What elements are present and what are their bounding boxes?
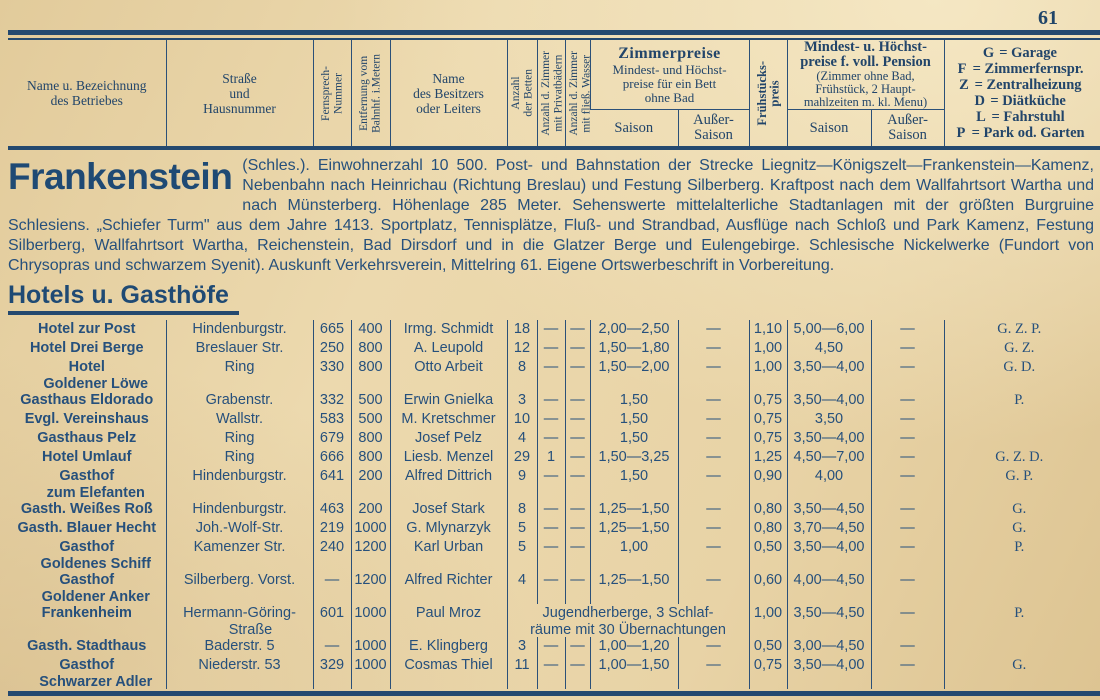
cell-name: Gasth. Weißes Roß [8, 500, 166, 519]
cell-water: — [565, 500, 590, 519]
cell-pension_s: 3,00—4,50 [787, 637, 871, 656]
cell-codes [944, 637, 1094, 656]
legend-item: Z = Zentralheizung [947, 77, 1093, 93]
cell-name: Gasthaus Pelz [8, 429, 166, 448]
cell-pension_o: — [871, 571, 944, 604]
col-header-room-saison: Saison [590, 110, 678, 147]
cell-codes [944, 429, 1094, 448]
cell-street: Wallstr. [166, 410, 313, 429]
cell-water: — [565, 519, 590, 538]
cell-dist: 1000 [351, 519, 390, 538]
cell-street: Hermann-Göring-Straße [166, 604, 313, 637]
cell-room_s: 1,50 [590, 410, 678, 429]
cell-codes [944, 410, 1094, 429]
cell-breakfast: 1,00 [749, 339, 787, 358]
cell-codes [944, 571, 1094, 604]
cell-owner: Paul Mroz [390, 604, 507, 637]
cell-name: HotelGoldener Löwe [8, 358, 166, 391]
cell-breakfast: 0,60 [749, 571, 787, 604]
cell-pension_s: 4,50—7,00 [787, 448, 871, 467]
cell-beds: 18 [507, 320, 537, 339]
cell-room_s: 1,50—1,80 [590, 339, 678, 358]
col-header-phone: Fernsprech- Nummer [313, 40, 351, 146]
cell-name: Frankenheim [8, 604, 166, 637]
cell-owner: Josef Stark [390, 500, 507, 519]
cell-tel: 679 [313, 429, 351, 448]
cell-priv: — [537, 339, 565, 358]
col-header-rooms-water-label: Anzahl d. Zimmer mit fließ. Wasser [568, 51, 593, 136]
hotels-table: Hotel zur PostHindenburgstr.665400Irmg. … [8, 320, 1094, 689]
table-row: Gasthaus PelzRing679800Josef Pelz4——1,50… [8, 429, 1094, 448]
cell-pension_s: 3,50—4,00 [787, 358, 871, 391]
cell-breakfast: 0,75 [749, 429, 787, 448]
header-bottom-rule [8, 146, 1100, 150]
cell-water: — [565, 410, 590, 429]
cell-tel: 219 [313, 519, 351, 538]
cell-breakfast: 0,90 [749, 467, 787, 500]
cell-room_s: 1,50—3,25 [590, 448, 678, 467]
col-header-owner: Name des Besitzers oder Leiters [390, 40, 507, 146]
col-header-distance: Entfernung vom Bahnhf. i.Metern [351, 40, 390, 146]
cell-pension_o: — [871, 339, 944, 358]
col-header-beds-label: Anzahl der Betten [510, 69, 535, 117]
cell-room_o: — [678, 519, 749, 538]
cell-pension_o: — [871, 429, 944, 448]
cell-water: — [565, 339, 590, 358]
place-intro: Frankenstein(Schles.). Einwohnerzahl 10 … [8, 156, 1094, 276]
cell-room_s: 1,50 [590, 429, 678, 448]
cell-owner: Josef Pelz [390, 429, 507, 448]
cell-beds: 10 [507, 410, 537, 429]
cell-pension_o: — [871, 538, 944, 571]
cell-name: Gasthofzum Elefanten [8, 467, 166, 500]
col-header-distance-label: Entfernung vom Bahnhf. i.Metern [358, 54, 383, 133]
cell-street: Ring [166, 429, 313, 448]
col-header-breakfast: Frühstücks- preis [749, 40, 787, 146]
col-header-beds: Anzahl der Betten [507, 40, 537, 146]
cell-room_o: — [678, 637, 749, 656]
cell-owner: M. Kretschmer [390, 410, 507, 429]
table-row: Gasth. Weißes RoßHindenburgstr.463200Jos… [8, 500, 1094, 519]
place-headword: Frankenstein [8, 157, 232, 197]
section-title: Hotels u. Gasthöfe [8, 282, 239, 315]
cell-water: — [565, 656, 590, 689]
cell-tel: 641 [313, 467, 351, 500]
cell-priv: — [537, 410, 565, 429]
pension-prices-subtitle: (Zimmer ohne Bad, Frühstück, 2 Haupt- ma… [790, 70, 942, 109]
cell-room_s: 2,00—2,50 [590, 320, 678, 339]
room-prices-title: Zimmerpreise [593, 45, 747, 63]
cell-breakfast: 0,80 [749, 519, 787, 538]
cell-water: — [565, 637, 590, 656]
cell-codes: P. [944, 391, 1094, 410]
cell-water: — [565, 467, 590, 500]
cell-priv: — [537, 320, 565, 339]
table-row: Gasthaus EldoradoGrabenstr.332500Erwin G… [8, 391, 1094, 410]
cell-owner: A. Leupold [390, 339, 507, 358]
col-header-rooms-bath-label: Anzahl d. Zimmer mit Privatbädern [540, 51, 565, 136]
cell-breakfast: 0,50 [749, 538, 787, 571]
cell-dist: 1200 [351, 538, 390, 571]
cell-breakfast: 0,75 [749, 391, 787, 410]
cell-room_o: — [678, 429, 749, 448]
cell-dist: 800 [351, 339, 390, 358]
cell-beds: 8 [507, 500, 537, 519]
cell-tel: 330 [313, 358, 351, 391]
cell-tel: 250 [313, 339, 351, 358]
cell-beds: 9 [507, 467, 537, 500]
cell-name: Gasthaus Eldorado [8, 391, 166, 410]
cell-street: Baderstr. 5 [166, 637, 313, 656]
cell-street: Niederstr. 53 [166, 656, 313, 689]
cell-name: Gasth. Stadthaus [8, 637, 166, 656]
cell-pension_s: 3,50—4,00 [787, 429, 871, 448]
page-number: 61 [1038, 7, 1058, 30]
col-header-pension-off-saison: Außer- Saison [871, 110, 944, 147]
cell-pension_s: 4,50 [787, 339, 871, 358]
cell-room_s: 1,25—1,50 [590, 500, 678, 519]
table-row: GasthofSchwarzer AdlerNiederstr. 5332910… [8, 656, 1094, 689]
cell-pension_o: — [871, 391, 944, 410]
pension-prices-title: Mindest- u. Höchst- preise f. voll. Pens… [790, 40, 942, 70]
cell-room_s: 1,50—2,00 [590, 358, 678, 391]
cell-room_s: 1,25—1,50 [590, 519, 678, 538]
cell-codes: G. D. [944, 358, 1094, 391]
cell-breakfast: 0,50 [749, 637, 787, 656]
bottom-rule [8, 691, 1100, 696]
page: 61 Name u. Bezeichnung des Betriebes Str… [0, 0, 1100, 700]
cell-pension_o: — [871, 448, 944, 467]
cell-pension_o: — [871, 637, 944, 656]
cell-priv: — [537, 500, 565, 519]
cell-room_o: — [678, 538, 749, 571]
cell-owner: Cosmas Thiel [390, 656, 507, 689]
col-header-room-off-saison: Außer- Saison [678, 110, 749, 147]
table-row: Hotel UmlaufRing666800Liesb. Menzel291—1… [8, 448, 1094, 467]
cell-name: Evgl. Vereinshaus [8, 410, 166, 429]
cell-pension_o: — [871, 467, 944, 500]
cell-beds: 29 [507, 448, 537, 467]
cell-name: GasthofSchwarzer Adler [8, 656, 166, 689]
cell-codes: G. [944, 500, 1094, 519]
cell-room_s: 1,25—1,50 [590, 571, 678, 604]
col-header-breakfast-label: Frühstücks- preis [756, 61, 781, 126]
cell-priv: — [537, 391, 565, 410]
cell-room_s: 1,50 [590, 467, 678, 500]
cell-dist: 800 [351, 448, 390, 467]
cell-tel: 240 [313, 538, 351, 571]
table-row: Gasthofzum ElefantenHindenburgstr.641200… [8, 467, 1094, 500]
cell-tel: 601 [313, 604, 351, 637]
cell-owner: Karl Urban [390, 538, 507, 571]
cell-street: Ring [166, 358, 313, 391]
cell-priv: — [537, 538, 565, 571]
cell-room_o: — [678, 320, 749, 339]
cell-owner: Irmg. Schmidt [390, 320, 507, 339]
cell-pension_s: 4,00 [787, 467, 871, 500]
cell-name: Hotel Umlauf [8, 448, 166, 467]
legend-item: F = Zimmerfernspr. [947, 61, 1093, 77]
cell-water: — [565, 429, 590, 448]
cell-street: Joh.-Wolf-Str. [166, 519, 313, 538]
cell-pension_o: — [871, 604, 944, 637]
cell-breakfast: 0,75 [749, 656, 787, 689]
cell-room_s: 1,00 [590, 538, 678, 571]
cell-pension_s: 3,50—4,50 [787, 604, 871, 637]
cell-codes: G. Z. [944, 339, 1094, 358]
table-row: GasthofGoldener AnkerSilberberg. Vorst.—… [8, 571, 1094, 604]
cell-breakfast: 1,00 [749, 358, 787, 391]
cell-tel: 332 [313, 391, 351, 410]
cell-water: — [565, 571, 590, 604]
cell-dist: 1000 [351, 656, 390, 689]
cell-tel: 666 [313, 448, 351, 467]
cell-water: — [565, 448, 590, 467]
cell-priv: — [537, 519, 565, 538]
table-row: Gasth. Blauer HechtJoh.-Wolf-Str.2191000… [8, 519, 1094, 538]
cell-street: Silberberg. Vorst. [166, 571, 313, 604]
cell-owner: Alfred Dittrich [390, 467, 507, 500]
cell-room_s: 1,00—1,50 [590, 656, 678, 689]
cell-pension_s: 3,50—4,50 [787, 500, 871, 519]
cell-priv: — [537, 429, 565, 448]
cell-pension_s: 3,50—4,00 [787, 391, 871, 410]
cell-room_o: — [678, 358, 749, 391]
cell-priv: — [537, 467, 565, 500]
cell-name: Gasth. Blauer Hecht [8, 519, 166, 538]
cell-priv: — [537, 358, 565, 391]
cell-dist: 800 [351, 429, 390, 448]
col-header-room-prices: Zimmerpreise Mindest- und Höchst- preise… [590, 40, 749, 110]
cell-dist: 200 [351, 467, 390, 500]
cell-breakfast: 0,75 [749, 410, 787, 429]
cell-pension_s: 3,50 [787, 410, 871, 429]
cell-tel: — [313, 637, 351, 656]
cell-name: Hotel zur Post [8, 320, 166, 339]
cell-owner: G. Mlynarzyk [390, 519, 507, 538]
cell-pension_o: — [871, 410, 944, 429]
legend-item: P = Park od. Garten [947, 125, 1093, 141]
cell-water: — [565, 391, 590, 410]
col-header-pension-prices: Mindest- u. Höchst- preise f. voll. Pens… [787, 40, 944, 110]
cell-room_o: — [678, 339, 749, 358]
table-row: Evgl. VereinshausWallstr.583500M. Kretsc… [8, 410, 1094, 429]
cell-beds: 3 [507, 637, 537, 656]
cell-room_o: — [678, 500, 749, 519]
cell-tel: 583 [313, 410, 351, 429]
cell-pension_s: 3,70—4,50 [787, 519, 871, 538]
cell-owner: Erwin Gnielka [390, 391, 507, 410]
cell-beds: 11 [507, 656, 537, 689]
cell-codes: G. [944, 519, 1094, 538]
cell-street: Ring [166, 448, 313, 467]
cell-room_o: — [678, 410, 749, 429]
legend-item: L = Fahrstuhl [947, 109, 1093, 125]
cell-pension_s: 3,50—4,00 [787, 656, 871, 689]
cell-beds: 5 [507, 519, 537, 538]
table-row: FrankenheimHermann-Göring-Straße6011000P… [8, 604, 1094, 637]
cell-beds: 12 [507, 339, 537, 358]
cell-beds: 5 [507, 538, 537, 571]
column-header-table: Name u. Bezeichnung des Betriebes Straße… [8, 40, 1094, 146]
room-prices-subtitle: Mindest- und Höchst- preise für ein Bett… [593, 63, 747, 105]
cell-codes: G. Z. D. [944, 448, 1094, 467]
cell-dist: 200 [351, 500, 390, 519]
legend-item: G = Garage [947, 45, 1093, 61]
cell-dist: 400 [351, 320, 390, 339]
col-header-name: Name u. Bezeichnung des Betriebes [8, 40, 166, 146]
cell-dist: 500 [351, 410, 390, 429]
col-header-street: Straße und Hausnummer [166, 40, 313, 146]
cell-owner: Liesb. Menzel [390, 448, 507, 467]
cell-room_o: — [678, 448, 749, 467]
cell-dist: 1200 [351, 571, 390, 604]
cell-codes: P. [944, 538, 1094, 571]
cell-room_o: — [678, 467, 749, 500]
cell-note: Jugendherberge, 3 Schlaf-räume mit 30 Üb… [507, 604, 749, 637]
cell-priv: — [537, 656, 565, 689]
cell-codes: G. [944, 656, 1094, 689]
cell-street: Hindenburgstr. [166, 320, 313, 339]
cell-beds: 4 [507, 571, 537, 604]
cell-room_o: — [678, 656, 749, 689]
cell-breakfast: 1,10 [749, 320, 787, 339]
legend-item: D = Diätküche [947, 93, 1093, 109]
cell-water: — [565, 538, 590, 571]
col-header-rooms-bath: Anzahl d. Zimmer mit Privatbädern [537, 40, 565, 146]
cell-codes: P. [944, 604, 1094, 637]
top-rule [8, 30, 1100, 40]
cell-dist: 1000 [351, 604, 390, 637]
cell-owner: Otto Arbeit [390, 358, 507, 391]
cell-priv: — [537, 637, 565, 656]
cell-dist: 1000 [351, 637, 390, 656]
table-row: HotelGoldener LöweRing330800Otto Arbeit8… [8, 358, 1094, 391]
cell-dist: 500 [351, 391, 390, 410]
cell-codes: G. Z. P. [944, 320, 1094, 339]
cell-pension_o: — [871, 656, 944, 689]
cell-beds: 3 [507, 391, 537, 410]
cell-breakfast: 1,25 [749, 448, 787, 467]
cell-pension_o: — [871, 320, 944, 339]
cell-water: — [565, 358, 590, 391]
cell-beds: 4 [507, 429, 537, 448]
cell-name: Hotel Drei Berge [8, 339, 166, 358]
cell-room_o: — [678, 391, 749, 410]
cell-tel: 665 [313, 320, 351, 339]
cell-beds: 8 [507, 358, 537, 391]
cell-dist: 800 [351, 358, 390, 391]
table-row: Hotel zur PostHindenburgstr.665400Irmg. … [8, 320, 1094, 339]
cell-pension_s: 5,00—6,00 [787, 320, 871, 339]
col-header-pension-saison: Saison [787, 110, 871, 147]
cell-owner: E. Klingberg [390, 637, 507, 656]
cell-street: Grabenstr. [166, 391, 313, 410]
cell-pension_s: 4,00—4,50 [787, 571, 871, 604]
cell-tel: 463 [313, 500, 351, 519]
cell-name: GasthofGoldener Anker [8, 571, 166, 604]
legend: G = GarageF = Zimmerfernspr.Z = Zentralh… [944, 40, 1094, 146]
cell-pension_o: — [871, 358, 944, 391]
cell-street: Breslauer Str. [166, 339, 313, 358]
cell-breakfast: 0,80 [749, 500, 787, 519]
cell-tel: 329 [313, 656, 351, 689]
cell-breakfast: 1,00 [749, 604, 787, 637]
table-row: Gasth. StadthausBaderstr. 5—1000E. Kling… [8, 637, 1094, 656]
cell-priv: 1 [537, 448, 565, 467]
cell-name: GasthofGoldenes Schiff [8, 538, 166, 571]
cell-codes: G. P. [944, 467, 1094, 500]
cell-street: Hindenburgstr. [166, 500, 313, 519]
cell-priv: — [537, 571, 565, 604]
cell-tel: — [313, 571, 351, 604]
col-header-phone-label: Fernsprech- Nummer [320, 66, 345, 121]
table-row: GasthofGoldenes SchiffKamenzer Str.24012… [8, 538, 1094, 571]
cell-street: Kamenzer Str. [166, 538, 313, 571]
cell-water: — [565, 320, 590, 339]
col-header-rooms-water: Anzahl d. Zimmer mit fließ. Wasser [565, 40, 590, 146]
cell-room_o: — [678, 571, 749, 604]
cell-pension_s: 3,50—4,00 [787, 538, 871, 571]
cell-pension_o: — [871, 519, 944, 538]
cell-pension_o: — [871, 500, 944, 519]
table-row: Hotel Drei BergeBreslauer Str.250800A. L… [8, 339, 1094, 358]
cell-street: Hindenburgstr. [166, 467, 313, 500]
cell-room_s: 1,00—1,20 [590, 637, 678, 656]
cell-owner: Alfred Richter [390, 571, 507, 604]
cell-room_s: 1,50 [590, 391, 678, 410]
